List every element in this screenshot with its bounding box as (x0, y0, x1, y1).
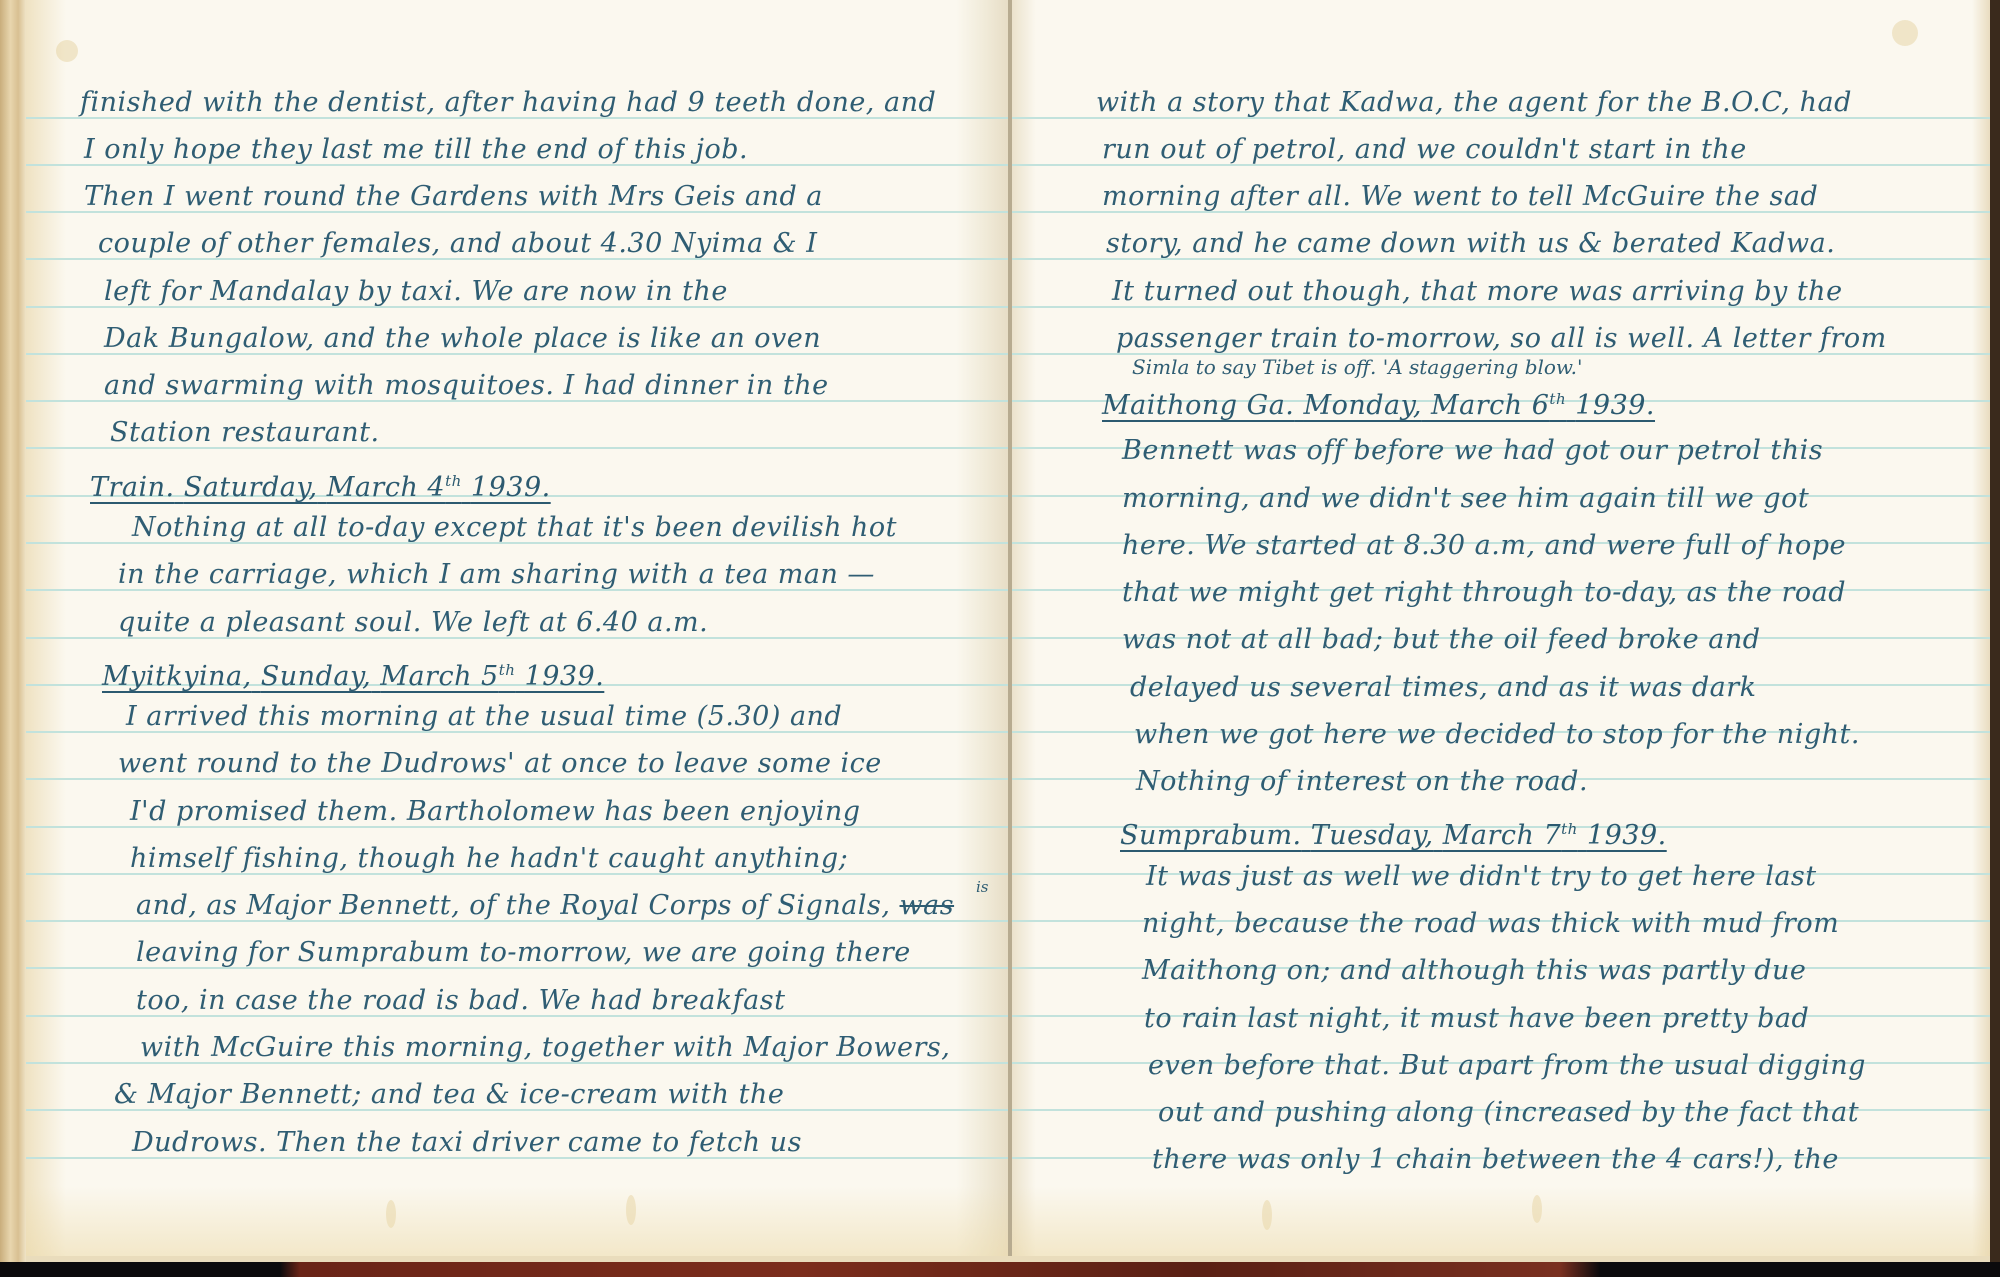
paper-stain (1892, 20, 1918, 46)
notebook-spread: finished with the dentist, after having … (0, 0, 2000, 1262)
heading-ordinal: th (1561, 820, 1578, 838)
diary-line: couple of other females, and about 4.30 … (98, 229, 817, 259)
entry-heading-maithong: Maithong Ga. Monday, March 6th 1939. (1102, 384, 1655, 421)
heading-day: Sunday, (261, 661, 371, 692)
diary-line: was not at all bad; but the oil feed bro… (1122, 625, 1761, 655)
diary-line: left for Mandalay by taxi. We are now in… (104, 277, 728, 307)
diary-line: & Major Bennett; and tea & ice-cream wit… (114, 1080, 784, 1110)
entry-heading-myitkyina: Myitkyina, Sunday, March 5th 1939. (102, 655, 604, 692)
heading-date: March 6 (1431, 390, 1549, 421)
diary-line: morning, and we didn't see him again til… (1122, 484, 1809, 514)
diary-line: Station restaurant. (110, 418, 380, 448)
diary-line: passenger train to-morrow, so all is wel… (1116, 324, 1887, 354)
diary-line: that we might get right through to-day, … (1122, 578, 1846, 608)
struck-word: was (900, 890, 955, 921)
heading-year: 1939. (1575, 390, 1655, 421)
diary-line: story, and he came down with us & berate… (1106, 229, 1835, 259)
paper-stain (1262, 1200, 1272, 1230)
diary-line: I only hope they last me till the end of… (84, 135, 748, 165)
book-cover-strip (0, 1262, 2000, 1277)
diary-line: Then I went round the Gardens with Mrs G… (84, 182, 823, 212)
heading-day: Tuesday, (1311, 820, 1434, 851)
heading-year: 1939. (525, 661, 605, 692)
diary-line: too, in case the road is bad. We had bre… (136, 986, 785, 1016)
heading-year: 1939. (1587, 820, 1667, 851)
heading-date: March 4 (327, 472, 445, 503)
diary-line: Maithong on; and although this was partl… (1142, 956, 1806, 986)
diary-line: himself fishing, though he hadn't caught… (130, 844, 848, 874)
squeezed-note: Simla to say Tibet is off. 'A staggering… (1132, 356, 1583, 378)
diary-line: went round to the Dudrows' at once to le… (118, 749, 882, 779)
diary-line: night, because the road was thick with m… (1142, 909, 1839, 939)
heading-ordinal: th (1549, 390, 1566, 408)
diary-line: here. We started at 8.30 a.m, and were f… (1122, 531, 1846, 561)
heading-date: March 7 (1443, 820, 1561, 851)
left-page: finished with the dentist, after having … (26, 0, 1010, 1256)
diary-line: when we got here we decided to stop for … (1134, 720, 1860, 750)
diary-line: I arrived this morning at the usual time… (126, 702, 842, 732)
heading-day: Monday, (1303, 390, 1421, 421)
inserted-word: is (976, 878, 989, 896)
entry-heading-sumprabum: Sumprabum. Tuesday, March 7th 1939. (1120, 814, 1667, 851)
diary-line: morning after all. We went to tell McGui… (1102, 182, 1818, 212)
diary-line: there was only 1 chain between the 4 car… (1152, 1145, 1839, 1175)
heading-year: 1939. (471, 472, 551, 503)
right-page: with a story that Kadwa, the agent for t… (1012, 0, 1990, 1256)
diary-line: It was just as well we didn't try to get… (1146, 862, 1817, 892)
left-book-edge (0, 0, 26, 1262)
diary-line: Dudrows. Then the taxi driver came to fe… (132, 1128, 802, 1158)
diary-line: leaving for Sumprabum to-morrow, we are … (136, 938, 911, 968)
paper-stain (626, 1195, 636, 1225)
heading-ordinal: th (499, 661, 516, 679)
diary-line: to rain last night, it must have been pr… (1144, 1004, 1809, 1034)
diary-line: and, as Major Bennett, of the Royal Corp… (136, 891, 954, 921)
diary-line: with a story that Kadwa, the agent for t… (1096, 88, 1852, 118)
right-book-edge (1990, 0, 2000, 1262)
diary-line: Nothing of interest on the road. (1136, 767, 1588, 797)
diary-line: even before that. But apart from the usu… (1148, 1051, 1866, 1081)
diary-line: Bennett was off before we had got our pe… (1122, 436, 1823, 466)
diary-line: delayed us several times, and as it was … (1130, 673, 1757, 703)
diary-line: Nothing at all to-day except that it's b… (132, 513, 897, 543)
diary-line: and swarming with mosquitoes. I had dinn… (104, 371, 829, 401)
paper-stain (1532, 1195, 1542, 1223)
paper-stain (56, 40, 78, 62)
diary-line: I'd promised them. Bartholomew has been … (130, 797, 861, 827)
diary-line: quite a pleasant soul. We left at 6.40 a… (118, 608, 708, 638)
heading-place: Sumprabum. (1120, 820, 1302, 851)
heading-place: Myitkyina, (102, 661, 252, 692)
diary-line: Dak Bungalow, and the whole place is lik… (104, 324, 821, 354)
diary-line: with McGuire this morning, together with… (140, 1033, 950, 1063)
diary-line: out and pushing along (increased by the … (1158, 1098, 1859, 1128)
diary-line: in the carriage, which I am sharing with… (118, 560, 875, 590)
diary-line: It turned out though, that more was arri… (1112, 277, 1843, 307)
diary-line-text: and, as Major Bennett, of the Royal Corp… (136, 890, 890, 921)
paper-stain (386, 1200, 396, 1228)
heading-ordinal: th (445, 472, 462, 490)
heading-place: Train. (90, 472, 175, 503)
heading-date: March 5 (380, 661, 498, 692)
entry-heading-train: Train. Saturday, March 4th 1939. (90, 466, 551, 503)
heading-place: Maithong Ga. (1102, 390, 1294, 421)
diary-line: run out of petrol, and we couldn't start… (1102, 135, 1747, 165)
diary-line: finished with the dentist, after having … (80, 88, 936, 118)
heading-day: Saturday, (184, 472, 318, 503)
